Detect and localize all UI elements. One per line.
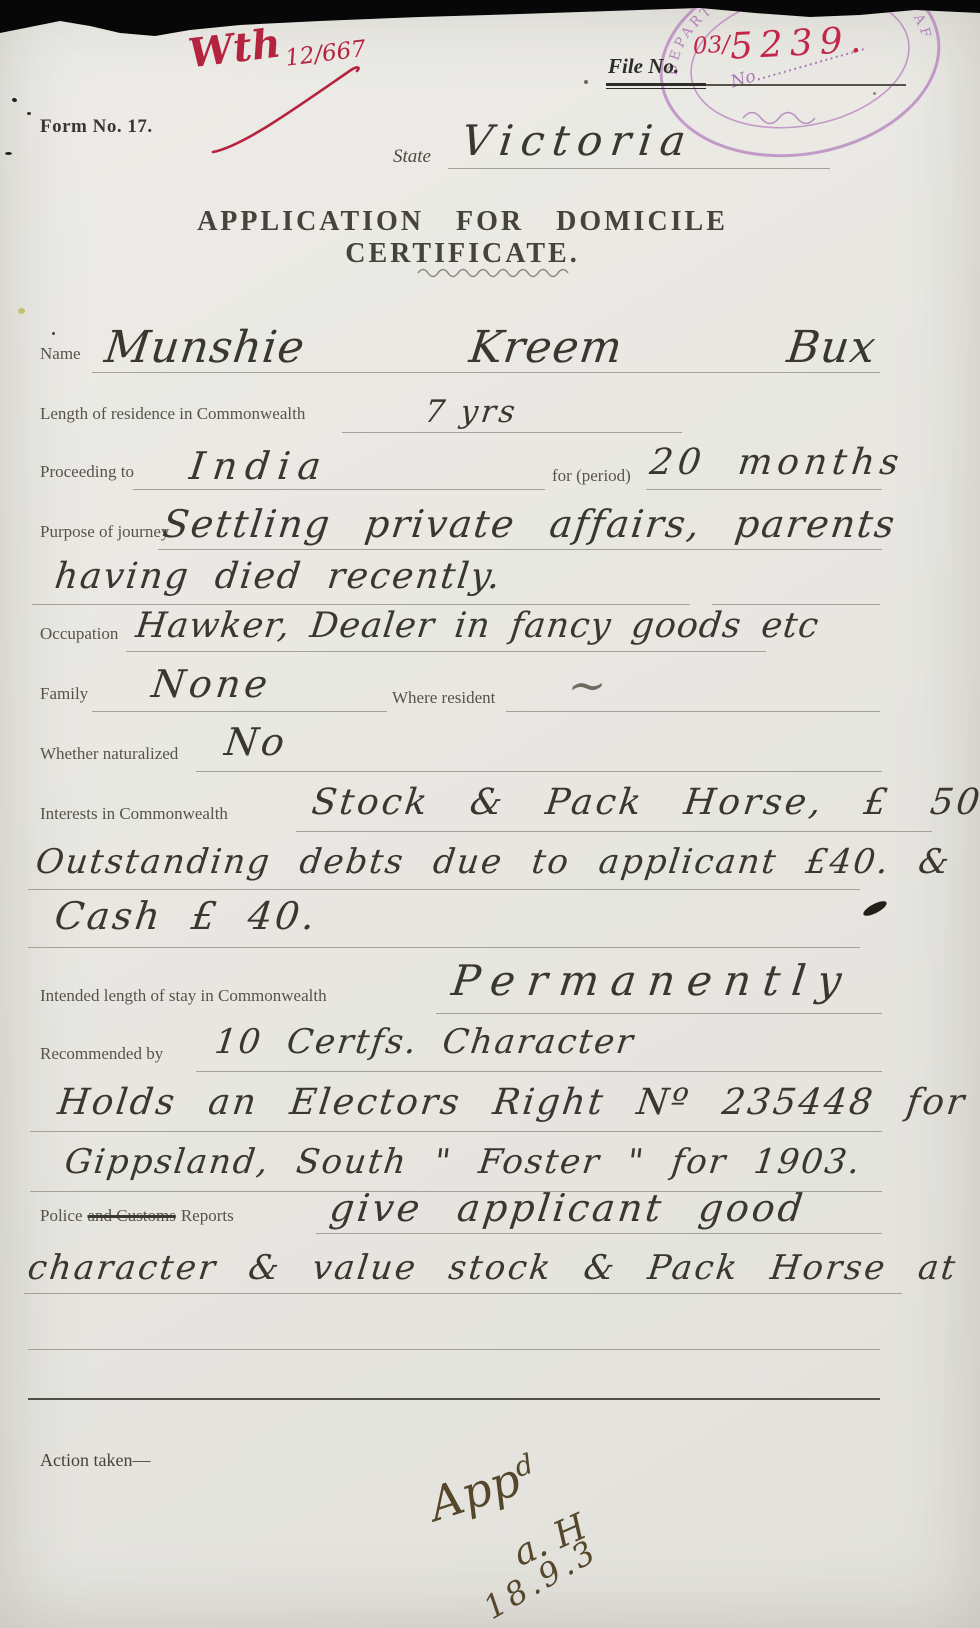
stay-label: Intended length of stay in Commonwealth bbox=[40, 986, 327, 1006]
naturalized-value-handwriting: No bbox=[222, 720, 290, 764]
name-value-handwriting: Munshie Kreem Bux bbox=[102, 322, 879, 373]
interests-line2 bbox=[28, 889, 860, 890]
file-number-prefix: 03/ bbox=[692, 32, 730, 60]
police-reports-label: Policeand CustomsReports bbox=[40, 1206, 234, 1226]
approval-handwriting: Appd bbox=[422, 1446, 543, 1531]
recommended-value-line1: 10 Certfs. Character bbox=[213, 1022, 637, 1062]
state-line bbox=[448, 168, 830, 169]
interests-value-line1: Stock & Pack Horse, £ 50; bbox=[309, 782, 980, 823]
interests-label: Interests in Commonwealth bbox=[40, 804, 228, 824]
proceeding-line bbox=[133, 489, 545, 490]
police-value-line2: character & value stock & Pack Horse at … bbox=[26, 1248, 980, 1288]
residence-line bbox=[342, 432, 682, 433]
period-line bbox=[646, 489, 882, 490]
proceeding-label: Proceeding to bbox=[40, 462, 134, 482]
approval-word: App bbox=[422, 1452, 526, 1532]
scan-speck bbox=[11, 97, 17, 102]
file-no-label: File No. bbox=[608, 54, 679, 79]
naturalized-line bbox=[196, 771, 882, 772]
action-taken-label: Action taken— bbox=[40, 1450, 150, 1471]
purpose-value-line2: having died recently. bbox=[52, 556, 504, 597]
police-label-start: Police bbox=[40, 1206, 83, 1225]
purpose-line2 bbox=[32, 604, 690, 605]
ink-blot bbox=[861, 898, 888, 918]
file-number-main: 5239. bbox=[729, 19, 869, 67]
paper-sheet: DEPARTMENT OF EXTERNAL AFFAIRS No.......… bbox=[0, 0, 980, 1628]
scan-speck-yellow bbox=[18, 308, 25, 314]
purpose-line2b bbox=[712, 604, 880, 605]
purpose-line bbox=[158, 549, 882, 550]
file-no-underline bbox=[606, 83, 706, 86]
police-line bbox=[316, 1233, 882, 1234]
scan-speck bbox=[52, 332, 55, 335]
form-no-label: Form No. 17. bbox=[40, 116, 153, 138]
blank-line bbox=[28, 1349, 880, 1350]
interests-value-line3: Cash £ 40. bbox=[52, 894, 320, 938]
scan-speck bbox=[873, 92, 876, 95]
document-title: APPLICATION FOR DOMICILE CERTIFICATE. bbox=[90, 206, 835, 270]
occupation-label: Occupation bbox=[40, 624, 118, 644]
file-no-write-line bbox=[706, 84, 906, 86]
police-value-line1: give applicant good bbox=[327, 1186, 808, 1230]
occupation-line bbox=[126, 651, 766, 652]
scanned-document: DEPARTMENT OF EXTERNAL AFFAIRS No.......… bbox=[0, 0, 980, 1628]
where-resident-line bbox=[506, 711, 880, 712]
occupation-value-handwriting: Hawker, Dealer in fancy goods etc bbox=[134, 606, 822, 646]
police-label-end: Reports bbox=[181, 1206, 234, 1225]
stay-value-handwriting: Permanently bbox=[449, 956, 856, 1005]
recommended-line2 bbox=[30, 1131, 882, 1132]
name-label: Name bbox=[40, 344, 81, 364]
red-flourish-stroke bbox=[205, 58, 375, 158]
scan-speck bbox=[584, 80, 588, 84]
recommended-label: Recommended by bbox=[40, 1044, 163, 1064]
blank-line-dark bbox=[28, 1398, 880, 1400]
period-label: for (period) bbox=[552, 466, 631, 486]
family-value-handwriting: None bbox=[149, 662, 273, 706]
proceeding-value-handwriting: India bbox=[187, 444, 331, 488]
scan-speck bbox=[27, 112, 31, 115]
recommended-value-line3: Gippsland, South " Foster " for 1903. bbox=[63, 1142, 864, 1182]
state-value-handwriting: Victoria bbox=[459, 116, 696, 165]
stamp-signature-squiggle bbox=[743, 113, 815, 124]
where-resident-value-handwriting: ~ bbox=[565, 658, 610, 712]
recommended-line bbox=[196, 1071, 882, 1072]
purpose-label: Purpose of journey bbox=[40, 522, 169, 542]
residence-value-handwriting: 7 yrs bbox=[423, 394, 520, 430]
residence-label: Length of residence in Commonwealth bbox=[40, 404, 305, 424]
interests-line3 bbox=[28, 947, 860, 948]
police-label-struck-customs: and Customs bbox=[88, 1206, 176, 1225]
interests-value-line2: Outstanding debts due to applicant £40. … bbox=[34, 842, 954, 882]
state-label: State bbox=[393, 146, 431, 168]
title-squiggle-divider bbox=[418, 266, 568, 280]
family-line bbox=[92, 711, 387, 712]
stay-line bbox=[436, 1013, 882, 1014]
file-no-underline-2 bbox=[606, 88, 706, 89]
naturalized-label: Whether naturalized bbox=[40, 744, 178, 764]
recommended-value-line2: Holds an Electors Right Nº 235448 for bbox=[55, 1082, 968, 1123]
interests-line bbox=[296, 831, 932, 832]
period-value-handwriting: 20 months bbox=[647, 442, 905, 483]
scan-speck bbox=[5, 152, 12, 155]
family-label: Family bbox=[40, 684, 88, 704]
purpose-value-line1: Settling private affairs, parents bbox=[160, 502, 899, 546]
police-line2 bbox=[24, 1293, 902, 1294]
where-resident-label: Where resident bbox=[392, 688, 495, 708]
